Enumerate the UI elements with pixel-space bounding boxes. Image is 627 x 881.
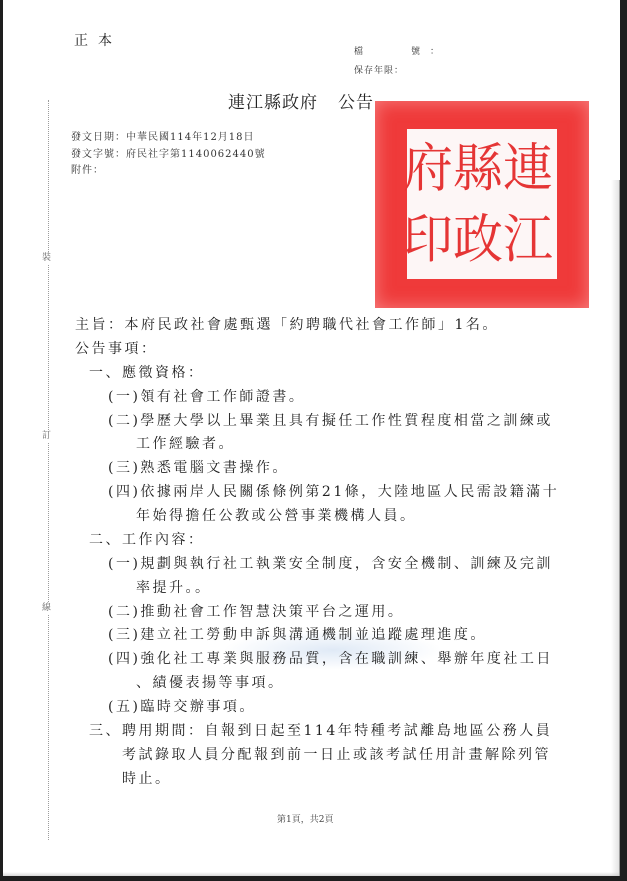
- list-item: (五)臨時交辦事項。: [108, 696, 256, 716]
- copy-label: 正本: [74, 30, 122, 50]
- binding-mark-ding: 訂: [42, 430, 51, 442]
- list-item: (四)強化社工專業與服務品質，含在職訓練、舉辦年度社工日: [108, 648, 553, 668]
- seal-inner-panel: 連 江 縣 政 府 印: [407, 129, 557, 279]
- list-item: (一)規劃與執行社工執業安全制度，含安全機制、訓練及完訓: [108, 553, 553, 573]
- seal-char: 印: [403, 202, 453, 277]
- section-heading-qualifications: 一、應徵資格：: [89, 362, 205, 382]
- seal-char: 府: [403, 131, 453, 206]
- page-number: 第1頁，共2頁: [277, 812, 333, 825]
- list-item-continuation: 年始得擔任公教或公營事業機構人員。: [136, 505, 417, 525]
- title-type: 公告: [338, 93, 374, 113]
- seal-char: 江: [503, 202, 553, 277]
- section-heading-duties: 二、工作內容：: [89, 529, 205, 549]
- list-item-continuation: 、績優表揚等事項。: [136, 672, 285, 692]
- list-item-continuation: 考試錄取人員分配報到前一日止或該考試任用計畫解除列管: [122, 744, 551, 764]
- subject-line: 主旨：本府民政社會處甄選「約聘職代社會工作師」1名。: [75, 314, 499, 334]
- page-bottom-edge: [3, 872, 620, 876]
- list-item: (二)推動社會工作智慧決策平台之運用。: [108, 601, 404, 621]
- seal-char: 縣: [453, 131, 503, 206]
- seal-char: 政: [453, 202, 503, 277]
- list-item-continuation: 率提升。。: [136, 577, 212, 597]
- binding-line: [48, 100, 49, 840]
- document-page: 正本 檔 號： 保存年限： 裝 訂 線 連江縣政府公告 發文日期：中華民國114…: [3, 0, 620, 876]
- file-number-label: 檔 號：: [354, 44, 449, 57]
- list-item: (二)學歷大學以上畢業且具有擬任工作性質程度相當之訓練或: [108, 410, 553, 430]
- attachment-label: 附件：: [71, 161, 104, 176]
- list-item-continuation: 時止。: [122, 768, 172, 788]
- list-item: (三)熟悉電腦文書操作。: [108, 457, 289, 477]
- issue-date: 發文日期：中華民國114年12月18日: [71, 128, 255, 143]
- section-heading-employment-period: 三、聘用期間：自報到日起至114年特種考試離島地區公務人員: [89, 720, 552, 740]
- binding-mark-xian: 線: [42, 602, 51, 614]
- seal-char: 連: [503, 131, 553, 206]
- document-title: 連江縣政府公告: [228, 88, 374, 113]
- issue-number: 發文字號：府民社字第1140062440號: [71, 145, 266, 160]
- list-item: (四)依據兩岸人民關係條例第21條，大陸地區人民需設籍滿十: [108, 481, 559, 501]
- title-organization: 連江縣政府: [228, 93, 318, 113]
- binding-mark-zhuang: 裝: [42, 252, 51, 264]
- notice-heading: 公告事項：: [75, 338, 158, 358]
- retention-period-label: 保存年限：: [354, 63, 404, 76]
- list-item: (三)建立社工勞動申訴與溝通機制並追蹤處理進度。: [108, 624, 487, 644]
- official-seal-stamp: 連 江 縣 政 府 印: [375, 101, 589, 308]
- list-item-continuation: 工作經驗者。: [136, 433, 235, 453]
- list-item: (一)領有社會工作師證書。: [108, 386, 305, 406]
